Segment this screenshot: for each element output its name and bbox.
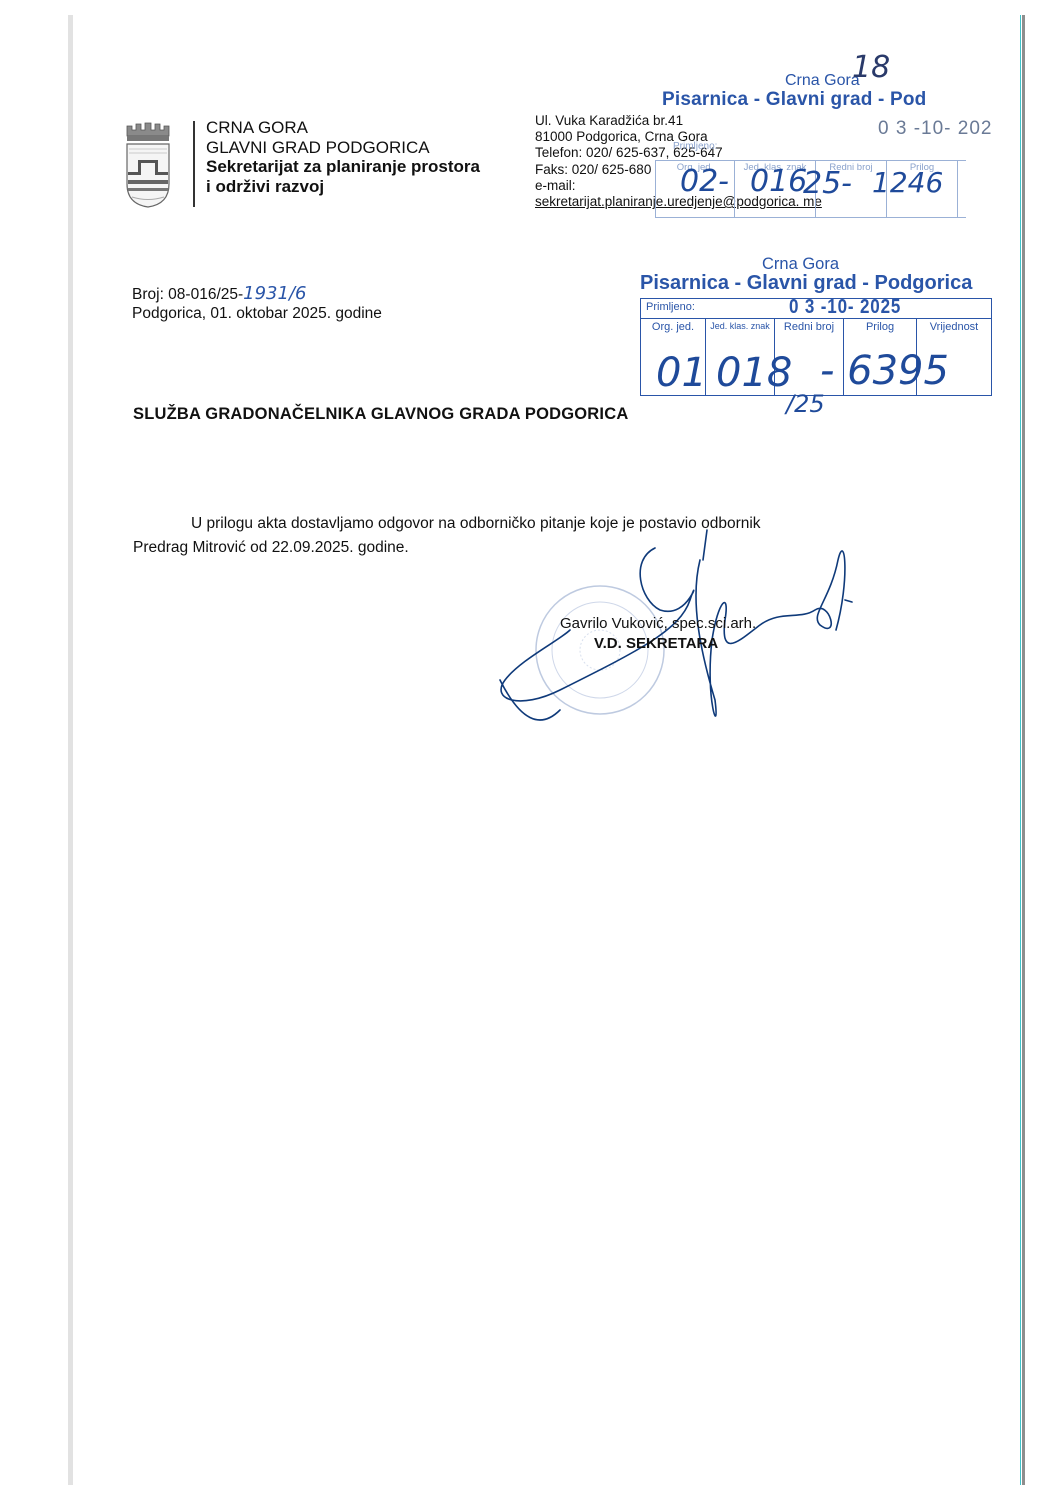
stamp-top-received-label: Primljeno:: [673, 141, 717, 152]
stamp-top-hw-klas: 016: [750, 164, 807, 199]
stamp-received-hw-prilog: - 6395: [820, 348, 949, 394]
city-name: GLAVNI GRAD PODGORICA: [206, 138, 480, 158]
coat-of-arms-icon: [124, 122, 172, 208]
stamp-received-label: Primljeno:: [646, 301, 695, 313]
signer-name: Gavrilo Vuković, spec.sci.arh.: [560, 614, 756, 634]
reference-place-date: Podgorica, 01. oktobar 2025. godine: [132, 304, 382, 323]
scan-edge-right: [1022, 15, 1025, 1485]
stamp-top-title: Pisarnica - Glavni grad - Pod: [662, 89, 926, 111]
body-line-2: Predrag Mitrović od 22.09.2025. godine.: [133, 536, 923, 560]
stamp-received-date-row: Primljeno: 0 3 -10- 2025: [641, 299, 991, 319]
signer-block: Gavrilo Vuković, spec.sci.arh. V.D. SEKR…: [560, 614, 756, 654]
stamp-top-hw-annotation: 18: [852, 50, 890, 85]
department-name-line1: Sekretarijat za planiranje prostora: [206, 157, 480, 177]
contact-address: Ul. Vuka Karadžića br.41: [535, 113, 822, 129]
scan-edge-right-accent: [1020, 15, 1021, 1485]
stamp-received-header-rule: [640, 318, 991, 319]
stamp-top-hw-org: 02-: [680, 164, 729, 199]
stamp-top-hw-redni: 25-: [803, 166, 852, 201]
reference-block: Broj: 08-016/25-1931/6 Podgorica, 01. ok…: [132, 284, 382, 323]
body-paragraph: U prilogu akta dostavljamo odgovor na od…: [133, 512, 923, 560]
stamp-received-hw-org: 01: [656, 350, 707, 396]
signer-title: V.D. SEKRETARA: [560, 634, 756, 654]
stamp-top-country: Crna Gora: [785, 72, 860, 90]
stamp-top-date: 0 3 -10- 202: [878, 118, 992, 140]
header-divider: [193, 121, 195, 207]
scan-edge-left: [68, 15, 73, 1485]
stamp-received-title: Pisarnica - Glavni grad - Podgorica: [640, 272, 972, 295]
stamp-received-hw-redni: /25: [786, 390, 825, 418]
organization-block: CRNA GORA GLAVNI GRAD PODGORICA Sekretar…: [206, 118, 480, 196]
stamp-received-hw-klas: 018: [716, 350, 792, 396]
signature-overlay: [0, 0, 1058, 1497]
reference-number-handwritten: 1931/6: [243, 283, 306, 304]
body-line-1: U prilogu akta dostavljamo odgovor na od…: [133, 512, 923, 536]
department-name-line2: i održivi razvoj: [206, 177, 480, 197]
country-name: CRNA GORA: [206, 118, 480, 138]
stamp-top-hw-prilog: 1246: [872, 166, 943, 199]
stamp-received-date: 0 3 -10- 2025: [789, 296, 901, 319]
addressee: SLUŽBA GRADONAČELNIKA GLAVNOG GRADA PODG…: [133, 405, 628, 424]
reference-number: Broj: 08-016/25-1931/6: [132, 284, 382, 304]
